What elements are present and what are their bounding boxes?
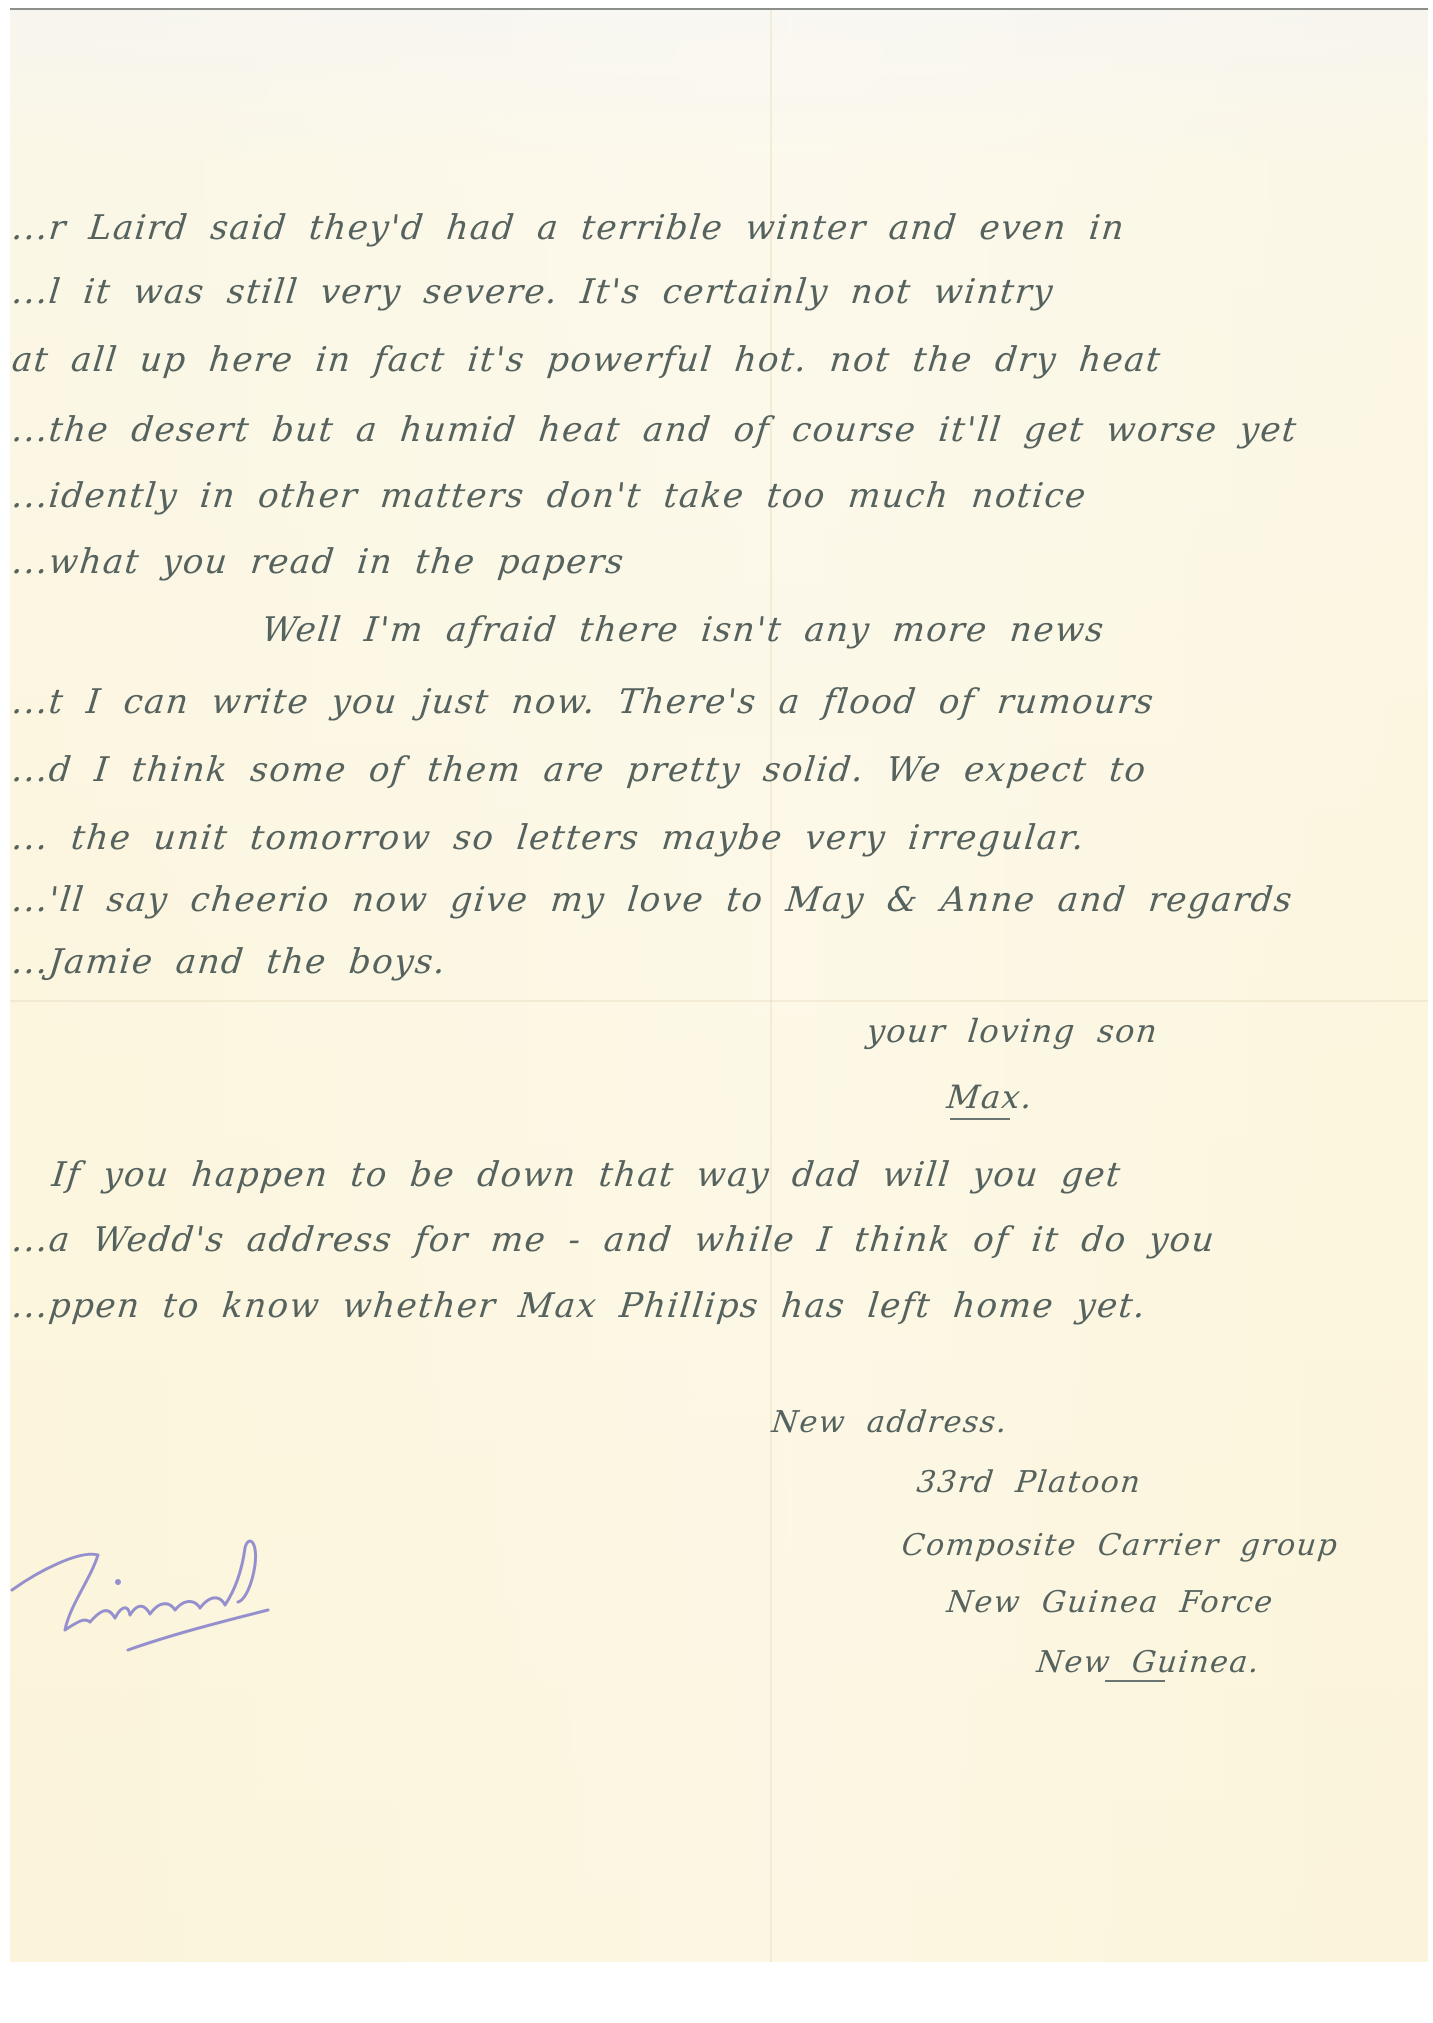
censor-signature-icon <box>10 1510 330 1660</box>
address-underline <box>1105 1680 1165 1682</box>
postscript-line-2: ...a Wedd's address for me - and while I… <box>10 1220 1217 1260</box>
fold-crease-horizontal <box>10 1000 1428 1002</box>
body-line-3: at all up here in fact it's powerful hot… <box>10 340 1163 380</box>
body-line-2: ...l it was still very severe. It's cert… <box>10 272 1056 312</box>
postscript-line-3: ...ppen to know whether Max Phillips has… <box>10 1286 1148 1326</box>
signature: Max. <box>945 1078 1035 1116</box>
body-line-1: ...r Laird said they'd had a terrible wi… <box>10 208 1127 248</box>
body-line-9: ...d I think some of them are pretty sol… <box>10 750 1149 790</box>
address-line-2: Composite Carrier group <box>900 1528 1340 1563</box>
body-line-11: ...'ll say cheerio now give my love to M… <box>10 880 1295 920</box>
postscript-line-1: If you happen to be down that way dad wi… <box>50 1155 1123 1195</box>
body-line-6: ...what you read in the papers <box>10 542 627 582</box>
letter-page: ...r Laird said they'd had a terrible wi… <box>10 8 1428 1962</box>
address-heading: New address. <box>770 1405 1010 1440</box>
address-line-1: 33rd Platoon <box>915 1465 1143 1500</box>
body-line-7: Well I'm afraid there isn't any more new… <box>260 610 1107 650</box>
body-line-8: ...t I can write you just now. There's a… <box>10 682 1157 722</box>
body-line-4: ...the desert but a humid heat and of co… <box>10 410 1299 450</box>
body-line-10: ... the unit tomorrow so letters maybe v… <box>10 818 1087 858</box>
body-line-12: ...Jamie and the boys. <box>10 942 449 982</box>
signature-underline <box>950 1118 1010 1120</box>
address-line-4: New Guinea. <box>1035 1645 1262 1680</box>
body-line-5: ...idently in other matters don't take t… <box>10 476 1089 516</box>
address-line-3: New Guinea Force <box>945 1585 1275 1620</box>
valediction: your loving son <box>865 1012 1160 1050</box>
